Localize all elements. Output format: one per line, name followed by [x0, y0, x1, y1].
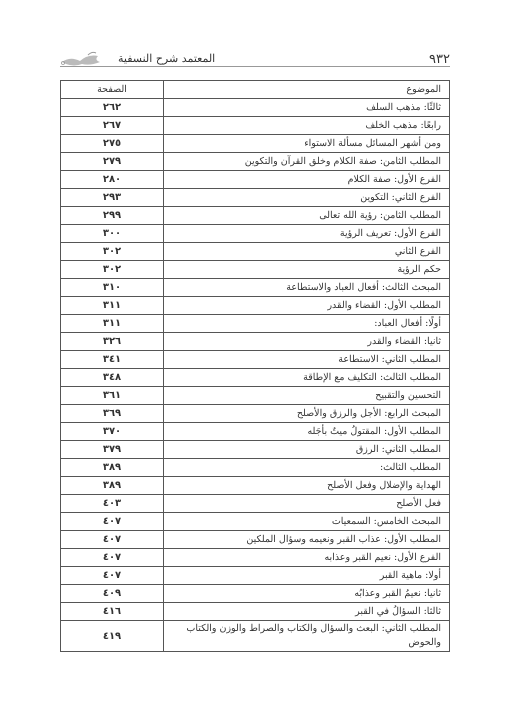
- table-row: المطلب الثاني: الاستطاعة٣٤١: [61, 351, 450, 369]
- page-cell: ٤٠٩: [61, 585, 164, 603]
- page-cell: ٢٩٩: [61, 207, 164, 225]
- table-row: الفرع الثاني: التكوين٢٩٣: [61, 189, 450, 207]
- table-row: المبحث الخامس: السمعيات٤٠٧: [61, 513, 450, 531]
- column-header-topic: الموضوع: [164, 81, 450, 99]
- topic-cell: ثالثا: السؤالُ في القبر: [164, 603, 450, 621]
- table-row: المطلب الثالث:٣٨٩: [61, 459, 450, 477]
- page-cell: ٣٨٩: [61, 477, 164, 495]
- topic-cell: الفرع الأول: صفة الكلام: [164, 171, 450, 189]
- table-row: المطلب الثالث: التكليف مع الإطاقة٣٤٨: [61, 369, 450, 387]
- topic-cell: المطلب الثالث:: [164, 459, 450, 477]
- running-title: المعتمد شرح النسفية: [118, 52, 215, 65]
- table-row: الفرع الثاني٣٠٢: [61, 243, 450, 261]
- page-cell: ٤٠٧: [61, 567, 164, 585]
- column-header-page: الصفحة: [61, 81, 164, 99]
- table-row: ثالثًا: مذهب السلف٢٦٢: [61, 99, 450, 117]
- page-cell: ٤٠٧: [61, 513, 164, 531]
- topic-cell: ثانيا: القضاء والقدر: [164, 333, 450, 351]
- topic-cell: المطلب الثامن: صفة الكلام وخلق القرآن وا…: [164, 153, 450, 171]
- table-row: ثانيا: نعيمُ القبر وعذابُه٤٠٩: [61, 585, 450, 603]
- topic-cell: المبحث الثالث: أفعال العباد والاستطاعة: [164, 279, 450, 297]
- topic-cell: ثانيا: نعيمُ القبر وعذابُه: [164, 585, 450, 603]
- table-row: الفرع الأول: نعيم القبر وعذابه٤٠٧: [61, 549, 450, 567]
- topic-cell: ثالثًا: مذهب السلف: [164, 99, 450, 117]
- table-header-row: الموضوع الصفحة: [61, 81, 450, 99]
- table-row: المطلب الأول: القضاء والقدر٣١١: [61, 297, 450, 315]
- page-cell: ٣٤١: [61, 351, 164, 369]
- table-row: المطلب الأول: عذاب القبر ونعيمه وسؤال ال…: [61, 531, 450, 549]
- table-row: فعل الأصلح٤٠٣: [61, 495, 450, 513]
- table-row: الفرع الأول: تعريف الرؤية٣٠٠: [61, 225, 450, 243]
- page-cell: ٢٦٢: [61, 99, 164, 117]
- table-row: المطلب الأول: المقتولُ ميتٌ بأجَله٣٧٠: [61, 423, 450, 441]
- table-row: المبحث الثالث: أفعال العباد والاستطاعة٣١…: [61, 279, 450, 297]
- page-cell: ٤٠٧: [61, 531, 164, 549]
- table-row: التحسين والتقبيح٣٦١: [61, 387, 450, 405]
- table-row: المبحث الرابع: الأجل والرزق والأصلح٣٦٩: [61, 405, 450, 423]
- page-cell: ٤٠٧: [61, 549, 164, 567]
- table-row: أولًا: أفعال العباد:٣١١: [61, 315, 450, 333]
- topic-cell: المطلب الثاني: الرزق: [164, 441, 450, 459]
- topic-cell: الفرع الثاني: [164, 243, 450, 261]
- page-cell: ٣٨٩: [61, 459, 164, 477]
- topic-cell: الهداية والإضلال وفعل الأصلح: [164, 477, 450, 495]
- topic-cell: المطلب الثاني: البعث والسؤال والكتاب وال…: [164, 621, 450, 652]
- page-cell: ٣٢٦: [61, 333, 164, 351]
- page-cell: ٤١٦: [61, 603, 164, 621]
- page-cell: ٣٠٢: [61, 243, 164, 261]
- topic-cell: رابعًا: مذهب الخلف: [164, 117, 450, 135]
- page-number: ٩٣٢: [429, 52, 450, 67]
- topic-cell: الفرع الثاني: التكوين: [164, 189, 450, 207]
- page-cell: ٣٦١: [61, 387, 164, 405]
- topic-cell: الفرع الأول: تعريف الرؤية: [164, 225, 450, 243]
- table-row: ومن أشهر المسائل مسألة الاستواء٢٧٥: [61, 135, 450, 153]
- page-cell: ٣١١: [61, 315, 164, 333]
- table-row: حكم الرؤية٣٠٢: [61, 261, 450, 279]
- page-cell: ٣١٠: [61, 279, 164, 297]
- table-row: ثالثا: السؤالُ في القبر٤١٦: [61, 603, 450, 621]
- topic-cell: فعل الأصلح: [164, 495, 450, 513]
- topic-cell: المطلب الثامن: رؤية الله تعالى: [164, 207, 450, 225]
- page-cell: ٣٠٠: [61, 225, 164, 243]
- table-row: المطلب الثامن: صفة الكلام وخلق القرآن وا…: [61, 153, 450, 171]
- page-cell: ٢٧٩: [61, 153, 164, 171]
- header-rule: [60, 66, 450, 67]
- floral-ornament-icon: [60, 50, 110, 70]
- page-cell: ٤٠٣: [61, 495, 164, 513]
- table-row: رابعًا: مذهب الخلف٢٦٧: [61, 117, 450, 135]
- table-row: المطلب الثاني: الرزق٣٧٩: [61, 441, 450, 459]
- page-cell: ٣٦٩: [61, 405, 164, 423]
- table-row: المطلب الثامن: رؤية الله تعالى٢٩٩: [61, 207, 450, 225]
- topic-cell: المبحث الرابع: الأجل والرزق والأصلح: [164, 405, 450, 423]
- page-cell: ٢٨٠: [61, 171, 164, 189]
- topic-cell: التحسين والتقبيح: [164, 387, 450, 405]
- topic-cell: المطلب الأول: المقتولُ ميتٌ بأجَله: [164, 423, 450, 441]
- table-of-contents: الموضوع الصفحة ثالثًا: مذهب السلف٢٦٢رابع…: [60, 80, 450, 652]
- topic-cell: أولًا: أفعال العباد:: [164, 315, 450, 333]
- topic-cell: المطلب الأول: القضاء والقدر: [164, 297, 450, 315]
- topic-cell: أولا: ماهية القبر: [164, 567, 450, 585]
- page-cell: ٣١١: [61, 297, 164, 315]
- page-cell: ٢٦٧: [61, 117, 164, 135]
- page-cell: ٣٧٠: [61, 423, 164, 441]
- page-cell: ٤١٩: [61, 621, 164, 652]
- page-cell: ٣٧٩: [61, 441, 164, 459]
- table-row: أولا: ماهية القبر٤٠٧: [61, 567, 450, 585]
- topic-cell: المبحث الخامس: السمعيات: [164, 513, 450, 531]
- topic-cell: الفرع الأول: نعيم القبر وعذابه: [164, 549, 450, 567]
- topic-cell: المطلب الثاني: الاستطاعة: [164, 351, 450, 369]
- table-row: الهداية والإضلال وفعل الأصلح٣٨٩: [61, 477, 450, 495]
- topic-cell: المطلب الثالث: التكليف مع الإطاقة: [164, 369, 450, 387]
- table-row: ثانيا: القضاء والقدر٣٢٦: [61, 333, 450, 351]
- table-body: ثالثًا: مذهب السلف٢٦٢رابعًا: مذهب الخلف٢…: [61, 99, 450, 652]
- page-cell: ٣٠٢: [61, 261, 164, 279]
- topic-cell: ومن أشهر المسائل مسألة الاستواء: [164, 135, 450, 153]
- page-cell: ٣٤٨: [61, 369, 164, 387]
- table-row: المطلب الثاني: البعث والسؤال والكتاب وال…: [61, 621, 450, 652]
- topic-cell: المطلب الأول: عذاب القبر ونعيمه وسؤال ال…: [164, 531, 450, 549]
- table-row: الفرع الأول: صفة الكلام٢٨٠: [61, 171, 450, 189]
- topic-cell: حكم الرؤية: [164, 261, 450, 279]
- page-cell: ٢٧٥: [61, 135, 164, 153]
- page-cell: ٢٩٣: [61, 189, 164, 207]
